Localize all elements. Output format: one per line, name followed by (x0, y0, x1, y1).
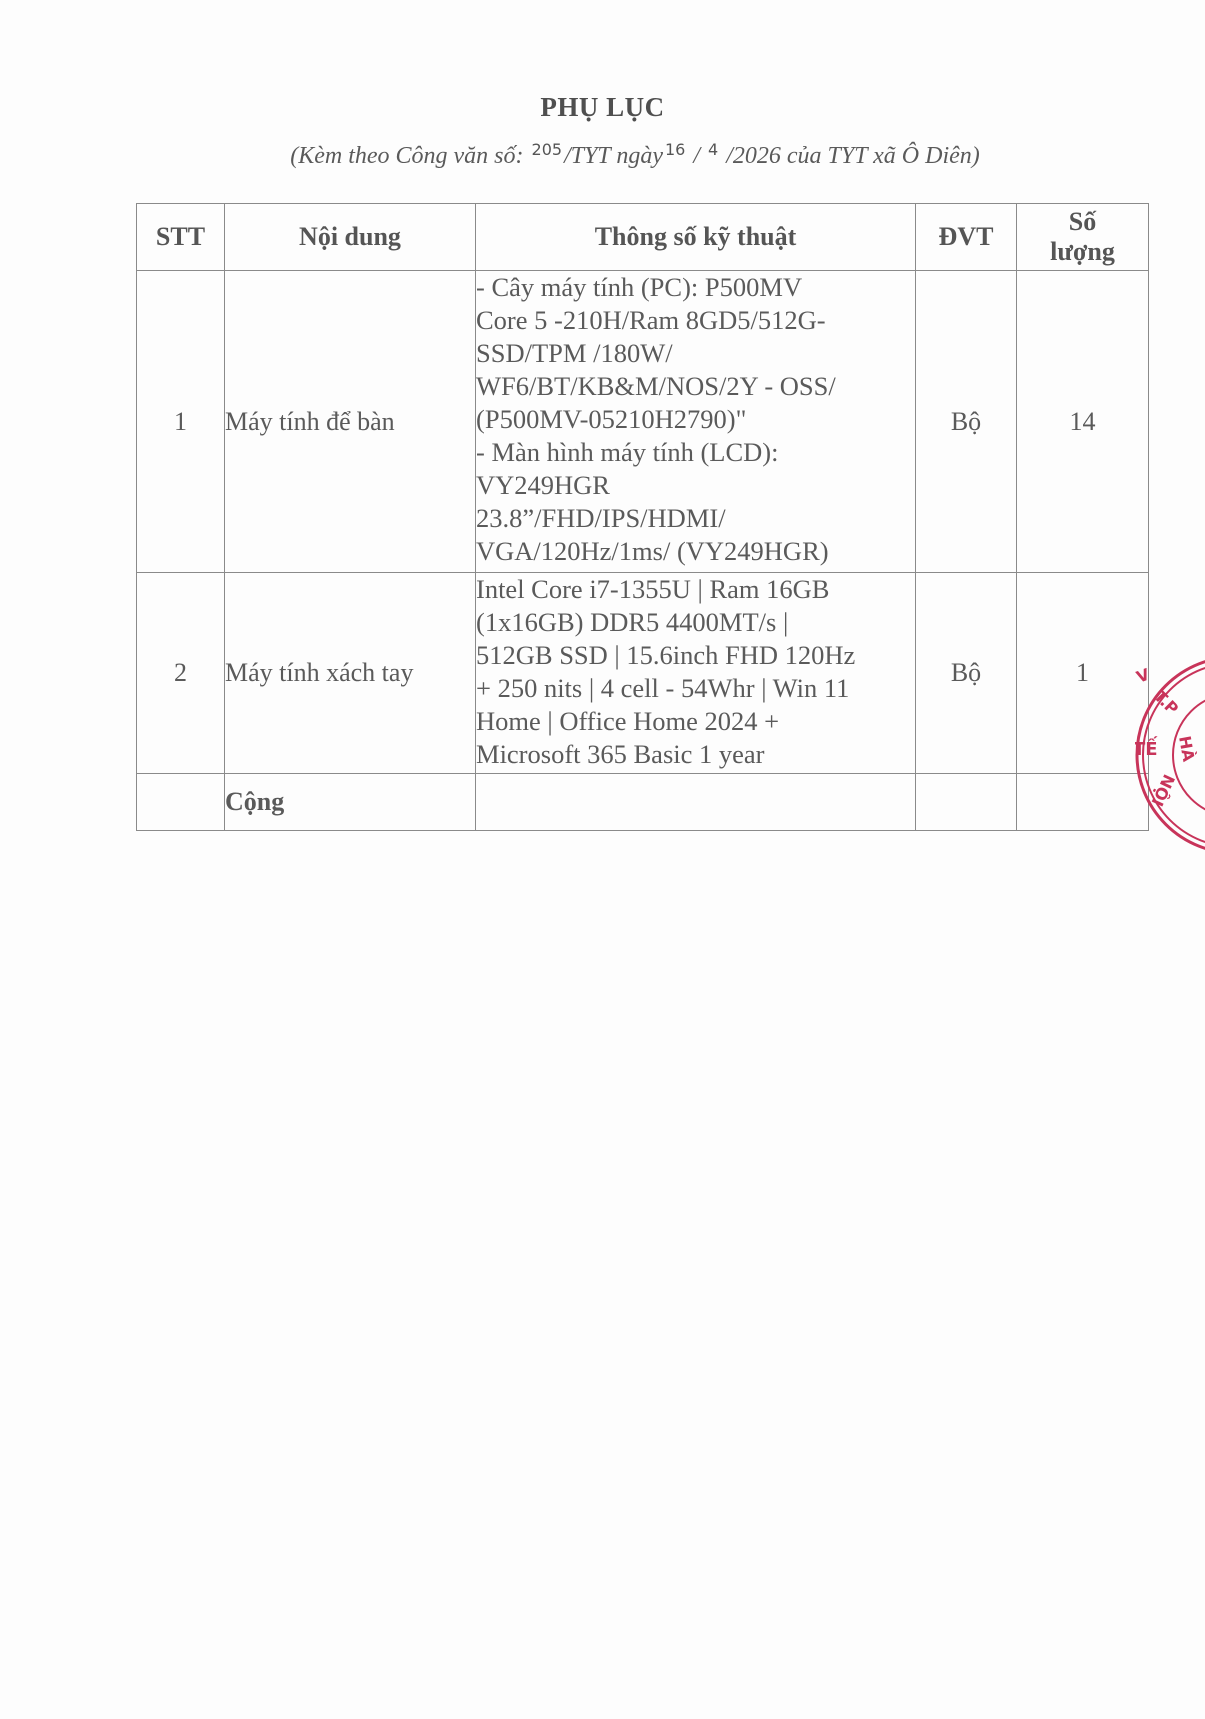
document-subtitle: (Kèm theo Công văn số: 205/TYT ngày16 / … (0, 140, 1205, 170)
header-unit: ĐVT (916, 204, 1017, 271)
cell-total-unit (916, 774, 1017, 831)
spec-line: (P500MV-05210H2790)" (476, 403, 915, 436)
subtitle-suffix: /2026 của TYT xã Ô Diên) (726, 143, 980, 169)
subtitle-mid-2: / (693, 143, 700, 169)
stamp-text-ha: HÀ (1175, 734, 1198, 763)
spec-line: VGA/120Hz/1ms/ (VY249HGR) (476, 535, 915, 568)
spec-line: VY249HGR (476, 469, 915, 502)
header-content: Nội dung (225, 204, 476, 271)
cell-total-label: Cộng (225, 774, 476, 831)
cell-spec: - Cây máy tính (PC): P500MVCore 5 -210H/… (476, 271, 916, 573)
subtitle-mid-1: /TYT ngày (564, 143, 663, 169)
stamp-text-tp: T.P (1150, 686, 1182, 718)
handwritten-day: 16 (663, 140, 687, 159)
cell-unit: Bộ (916, 573, 1017, 774)
handwritten-doc-number: 205 (530, 140, 565, 159)
spec-line: - Cây máy tính (PC): P500MV (476, 271, 915, 304)
spec-line: - Màn hình máy tính (LCD): (476, 436, 915, 469)
cell-unit: Bộ (916, 271, 1017, 573)
cell-spec: Intel Core i7-1355U | Ram 16GB(1x16GB) D… (476, 573, 916, 774)
table-total-row: Cộng (137, 774, 1149, 831)
cell-quantity: 14 (1017, 271, 1149, 573)
spec-line: WF6/BT/KB&M/NOS/2Y - OSS/ (476, 370, 915, 403)
spec-line: 512GB SSD | 15.6inch FHD 120Hz (476, 639, 915, 672)
cell-stt: 2 (137, 573, 225, 774)
equipment-table: STT Nội dung Thông số kỹ thuật ĐVT Số lư… (136, 203, 1149, 831)
cell-content: Máy tính để bàn (225, 271, 476, 573)
document-title: PHỤ LỤC (0, 92, 1205, 123)
spec-line: SSD/TPM /180W/ (476, 337, 915, 370)
subtitle-prefix: (Kèm theo Công văn số: (290, 143, 523, 169)
cell-quantity: 1 (1017, 573, 1149, 774)
spec-line: (1x16GB) DDR5 4400MT/s | (476, 606, 915, 639)
stamp-text-noi: NỘI (1147, 771, 1179, 809)
cell-total-spec (476, 774, 916, 831)
cell-content: Máy tính xách tay (225, 573, 476, 774)
handwritten-month: 4 (706, 140, 720, 159)
table-row: 2 Máy tính xách tay Intel Core i7-1355U … (137, 573, 1149, 774)
spec-line: Intel Core i7-1355U | Ram 16GB (476, 573, 915, 606)
spec-line: 23.8”/FHD/IPS/HDMI/ (476, 502, 915, 535)
header-stt: STT (137, 204, 225, 271)
spec-line: Home | Office Home 2024 + (476, 705, 915, 738)
cell-total-quantity (1017, 774, 1149, 831)
header-spec: Thông số kỹ thuật (476, 204, 916, 271)
cell-stt: 1 (137, 271, 225, 573)
spec-line: + 250 nits | 4 cell - 54Whr | Win 11 (476, 672, 915, 705)
table-row: 1 Máy tính để bàn - Cây máy tính (PC): P… (137, 271, 1149, 573)
cell-total-stt (137, 774, 225, 831)
spec-line: Microsoft 365 Basic 1 year (476, 738, 915, 771)
header-quantity: Số lượng (1017, 204, 1149, 271)
table-header-row: STT Nội dung Thông số kỹ thuật ĐVT Số lư… (137, 204, 1149, 271)
spec-line: Core 5 -210H/Ram 8GD5/512G- (476, 304, 915, 337)
